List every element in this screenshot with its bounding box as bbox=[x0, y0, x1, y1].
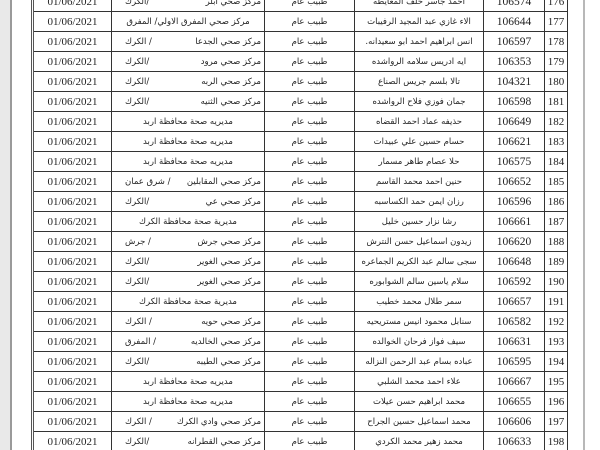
job-title-cell: طبيب عام bbox=[265, 212, 355, 232]
employee-id-cell: 106667 bbox=[484, 372, 545, 392]
health-center-cell: مركز صحي الجدعا/ الكرك bbox=[112, 32, 265, 52]
sequence-number-cell: 176 bbox=[545, 0, 568, 12]
region-label: /الكرك bbox=[115, 97, 149, 107]
health-center-cell: مركز صحي وادي الكرك/ الكرك bbox=[112, 412, 265, 432]
sequence-number-cell: 178 bbox=[545, 32, 568, 52]
table-row: 01/06/2021مديريه صحة محافظة اربدطبيب عام… bbox=[33, 392, 568, 412]
job-title-cell: طبيب عام bbox=[265, 232, 355, 252]
date-cell: 01/06/2021 bbox=[33, 212, 112, 232]
region-label: / جرش bbox=[115, 237, 151, 247]
table-row: 01/06/2021مديريه صحة محافظة اربدطبيب عام… bbox=[33, 152, 568, 172]
health-center-name: مركز صحي الطيبه bbox=[196, 357, 261, 367]
sequence-number-cell: 190 bbox=[545, 272, 568, 292]
health-center-cell: مركز صحي القطرانه/الكرك bbox=[112, 432, 265, 450]
employee-name-cell: محمد زهير محمد الكردي bbox=[355, 432, 484, 450]
table-row: 01/06/2021مركز صحي جرش/ جرشطبيب عامزيدون… bbox=[33, 232, 568, 252]
sequence-number-cell: 185 bbox=[545, 172, 568, 192]
sequence-number-cell: 193 bbox=[545, 332, 568, 352]
employee-id-cell: 106633 bbox=[484, 432, 545, 450]
table-row: 01/06/2021مديرية صحة محافظة الكركطبيب عا… bbox=[33, 292, 568, 312]
job-title-cell: طبيب عام bbox=[265, 12, 355, 32]
employee-name-cell: محمد ابراهيم حسن عيلات bbox=[355, 392, 484, 412]
sequence-number-cell: 192 bbox=[545, 312, 568, 332]
health-center-cell: مديريه صحة محافظة اربد bbox=[112, 152, 265, 172]
employee-id-cell: 106644 bbox=[484, 12, 545, 32]
employee-id-cell: 106598 bbox=[484, 92, 545, 112]
appointments-table-body: 01/06/2021مركز صحي ابلر/الكركطبيب عاماحم… bbox=[33, 0, 568, 450]
region-label: / الكرك bbox=[115, 317, 152, 327]
table-row: 01/06/2021مديريه صحة محافظة اربدطبيب عام… bbox=[33, 112, 568, 132]
appointments-table: 01/06/2021مركز صحي ابلر/الكركطبيب عاماحم… bbox=[31, 0, 568, 450]
health-center-name: مركز صحي الربه bbox=[201, 77, 261, 87]
health-center-name: مركز صحي ابلر bbox=[206, 0, 261, 7]
health-center-name: مديريه صحة محافظة اربد bbox=[143, 137, 233, 147]
date-cell: 01/06/2021 bbox=[33, 352, 112, 372]
health-center-name: مركز صحي المفرق الاولي/ المفرق bbox=[126, 17, 249, 27]
date-cell: 01/06/2021 bbox=[33, 252, 112, 272]
health-center-name: مديريه صحة محافظة اربد bbox=[143, 397, 233, 407]
appointments-table-wrap: 01/06/2021مركز صحي ابلر/الكركطبيب عاماحم… bbox=[31, 0, 566, 450]
date-cell: 01/06/2021 bbox=[33, 52, 112, 72]
health-center-name: مديرية صحة محافظة الكرك bbox=[139, 217, 237, 227]
employee-name-cell: احمد جاسر خلف المعايطه bbox=[355, 0, 484, 12]
health-center-cell: مديريه صحة محافظة اربد bbox=[112, 132, 265, 152]
health-center-cell: مركز صحي ابلر/الكرك bbox=[112, 0, 265, 12]
employee-name-cell: سجى سالم عبد الكريم الجماعره bbox=[355, 252, 484, 272]
employee-name-cell: سلام ياسين سالم الشوابوره bbox=[355, 272, 484, 292]
date-cell: 01/06/2021 bbox=[33, 312, 112, 332]
sequence-number-cell: 183 bbox=[545, 132, 568, 152]
health-center-name: مركز صحي القطرانه bbox=[188, 437, 261, 447]
job-title-cell: طبيب عام bbox=[265, 152, 355, 172]
sequence-number-cell: 197 bbox=[545, 412, 568, 432]
employee-id-cell: 106574 bbox=[484, 0, 545, 12]
health-center-cell: مركز صحي الخالديه/ المفرق bbox=[112, 332, 265, 352]
health-center-cell: مركز صحي المفرق الاولي/ المفرق bbox=[112, 12, 265, 32]
employee-id-cell: 106606 bbox=[484, 412, 545, 432]
employee-name-cell: عباده بسام عبد الرحمن النزاله bbox=[355, 352, 484, 372]
sequence-number-cell: 196 bbox=[545, 392, 568, 412]
table-row: 01/06/2021مركز صحي حويه/ الكركطبيب عامسن… bbox=[33, 312, 568, 332]
job-title-cell: طبيب عام bbox=[265, 32, 355, 52]
region-label: /الكرك bbox=[115, 257, 149, 267]
date-cell: 01/06/2021 bbox=[33, 332, 112, 352]
employee-name-cell: حسام حسين علي عبيدات bbox=[355, 132, 484, 152]
date-cell: 01/06/2021 bbox=[33, 172, 112, 192]
table-row: 01/06/2021مركز صحي الثنيه/الكركطبيب عامج… bbox=[33, 92, 568, 112]
health-center-name: مركز صحي الغوير bbox=[197, 277, 261, 287]
region-label: /الكرك bbox=[115, 0, 149, 7]
table-row: 01/06/2021مركز صحي عي/الكركطبيب عامرزان … bbox=[33, 192, 568, 212]
region-label: /الكرك bbox=[115, 197, 149, 207]
employee-id-cell: 106620 bbox=[484, 232, 545, 252]
employee-id-cell: 106575 bbox=[484, 152, 545, 172]
region-label: / المفرق bbox=[115, 337, 156, 347]
employee-name-cell: رشا نزار حسين خليل bbox=[355, 212, 484, 232]
date-cell: 01/06/2021 bbox=[33, 0, 112, 12]
sequence-number-cell: 182 bbox=[545, 112, 568, 132]
employee-name-cell: انس ابراهيم احمد ابو سعيدانه. bbox=[355, 32, 484, 52]
employee-name-cell: ايه ادريس سلامه الرواشده bbox=[355, 52, 484, 72]
health-center-name: مديرية صحة محافظة الكرك bbox=[139, 297, 237, 307]
employee-id-cell: 106661 bbox=[484, 212, 545, 232]
table-row: 01/06/2021مركز صحي الخالديه/ المفرقطبيب … bbox=[33, 332, 568, 352]
date-cell: 01/06/2021 bbox=[33, 112, 112, 132]
job-title-cell: طبيب عام bbox=[265, 72, 355, 92]
employee-name-cell: حلا عصام طاهر مسمار bbox=[355, 152, 484, 172]
health-center-cell: مركز صحي الغوير/الكرك bbox=[112, 272, 265, 292]
health-center-cell: مركز صحي المقابلين/ شرق عمان bbox=[112, 172, 265, 192]
health-center-name: مركز صحي مرود bbox=[201, 57, 261, 67]
region-label: /الكرك bbox=[115, 77, 149, 87]
employee-id-cell: 106621 bbox=[484, 132, 545, 152]
date-cell: 01/06/2021 bbox=[33, 412, 112, 432]
table-row: 01/06/2021مركز صحي الغوير/الكركطبيب عامس… bbox=[33, 252, 568, 272]
table-row: 01/06/2021مركز صحي الجدعا/ الكركطبيب عام… bbox=[33, 32, 568, 52]
employee-name-cell: علاء احمد محمد الشلبي bbox=[355, 372, 484, 392]
table-row: 01/06/2021مركز صحي الربه/الكركطبيب عامتا… bbox=[33, 72, 568, 92]
date-cell: 01/06/2021 bbox=[33, 272, 112, 292]
sequence-number-cell: 188 bbox=[545, 232, 568, 252]
date-cell: 01/06/2021 bbox=[33, 132, 112, 152]
health-center-cell: مديريه صحة محافظة اربد bbox=[112, 372, 265, 392]
employee-name-cell: الاء غازي عبد المجيد الرفيبات bbox=[355, 12, 484, 32]
employee-id-cell: 106592 bbox=[484, 272, 545, 292]
date-cell: 01/06/2021 bbox=[33, 12, 112, 32]
job-title-cell: طبيب عام bbox=[265, 52, 355, 72]
employee-name-cell: حنين احمد محمد القاسم bbox=[355, 172, 484, 192]
health-center-cell: مديريه صحة محافظة اربد bbox=[112, 392, 265, 412]
sequence-number-cell: 179 bbox=[545, 52, 568, 72]
job-title-cell: طبيب عام bbox=[265, 392, 355, 412]
sequence-number-cell: 181 bbox=[545, 92, 568, 112]
employee-id-cell: 106648 bbox=[484, 252, 545, 272]
sequence-number-cell: 180 bbox=[545, 72, 568, 92]
region-label: / الكرك bbox=[115, 37, 152, 47]
job-title-cell: طبيب عام bbox=[265, 372, 355, 392]
health-center-cell: مركز صحي مرود/الكرك bbox=[112, 52, 265, 72]
date-cell: 01/06/2021 bbox=[33, 392, 112, 412]
date-cell: 01/06/2021 bbox=[33, 32, 112, 52]
employee-id-cell: 106631 bbox=[484, 332, 545, 352]
health-center-cell: مركز صحي عي/الكرك bbox=[112, 192, 265, 212]
job-title-cell: طبيب عام bbox=[265, 192, 355, 212]
sequence-number-cell: 191 bbox=[545, 292, 568, 312]
health-center-name: مركز صحي عي bbox=[206, 197, 261, 207]
sequence-number-cell: 177 bbox=[545, 12, 568, 32]
job-title-cell: طبيب عام bbox=[265, 92, 355, 112]
sequence-number-cell: 189 bbox=[545, 252, 568, 272]
employee-name-cell: زيدون اسماعيل حسن النترش bbox=[355, 232, 484, 252]
job-title-cell: طبيب عام bbox=[265, 312, 355, 332]
table-row: 01/06/2021مديريه صحة محافظة اربدطبيب عام… bbox=[33, 372, 568, 392]
table-row: 01/06/2021مركز صحي المفرق الاولي/ المفرق… bbox=[33, 12, 568, 32]
employee-name-cell: سمر طلال محمد خطيب bbox=[355, 292, 484, 312]
employee-id-cell: 106649 bbox=[484, 112, 545, 132]
employee-id-cell: 106655 bbox=[484, 392, 545, 412]
health-center-name: مركز صحي الثنيه bbox=[201, 97, 261, 107]
region-label: /الكرك bbox=[115, 357, 149, 367]
date-cell: 01/06/2021 bbox=[33, 432, 112, 450]
health-center-cell: مديريه صحة محافظة اربد bbox=[112, 112, 265, 132]
job-title-cell: طبيب عام bbox=[265, 432, 355, 450]
health-center-name: مديريه صحة محافظة اربد bbox=[143, 377, 233, 387]
date-cell: 01/06/2021 bbox=[33, 92, 112, 112]
region-label: /الكرك bbox=[115, 57, 149, 67]
region-label: /الكرك bbox=[115, 277, 149, 287]
region-label: /الكرك bbox=[115, 437, 149, 447]
table-row: 01/06/2021مركز صحي مرود/الكركطبيب عامايه… bbox=[33, 52, 568, 72]
region-label: / الكرك bbox=[115, 417, 152, 427]
health-center-cell: مركز صحي جرش/ جرش bbox=[112, 232, 265, 252]
health-center-cell: مركز صحي الطيبه/الكرك bbox=[112, 352, 265, 372]
sequence-number-cell: 194 bbox=[545, 352, 568, 372]
health-center-name: مركز صحي المقابلين bbox=[187, 177, 261, 187]
health-center-cell: مركز صحي الغوير/الكرك bbox=[112, 252, 265, 272]
date-cell: 01/06/2021 bbox=[33, 372, 112, 392]
table-row: 01/06/2021مديريه صحة محافظة اربدطبيب عام… bbox=[33, 132, 568, 152]
table-row: 01/06/2021مركز صحي ابلر/الكركطبيب عاماحم… bbox=[33, 0, 568, 12]
job-title-cell: طبيب عام bbox=[265, 332, 355, 352]
employee-id-cell: 104321 bbox=[484, 72, 545, 92]
health-center-name: مديريه صحة محافظة اربد bbox=[143, 117, 233, 127]
job-title-cell: طبيب عام bbox=[265, 292, 355, 312]
health-center-name: مركز صحي جرش bbox=[198, 237, 262, 247]
job-title-cell: طبيب عام bbox=[265, 252, 355, 272]
scan-right-margin-line bbox=[583, 0, 585, 450]
health-center-cell: مديرية صحة محافظة الكرك bbox=[112, 292, 265, 312]
health-center-name: مديريه صحة محافظة اربد bbox=[143, 157, 233, 167]
job-title-cell: طبيب عام bbox=[265, 172, 355, 192]
employee-id-cell: 106353 bbox=[484, 52, 545, 72]
sequence-number-cell: 198 bbox=[545, 432, 568, 450]
sequence-number-cell: 195 bbox=[545, 372, 568, 392]
employee-name-cell: رزان ايمن حمد الكساسبه bbox=[355, 192, 484, 212]
table-row: 01/06/2021مديرية صحة محافظة الكركطبيب عا… bbox=[33, 212, 568, 232]
table-row: 01/06/2021مركز صحي القطرانه/الكركطبيب عا… bbox=[33, 432, 568, 450]
employee-name-cell: حذيفه عماد احمد القضاه bbox=[355, 112, 484, 132]
date-cell: 01/06/2021 bbox=[33, 72, 112, 92]
health-center-name: مركز صحي حويه bbox=[201, 317, 261, 327]
employee-name-cell: تالا بلسم جريس الصناع bbox=[355, 72, 484, 92]
table-row: 01/06/2021مركز صحي الغوير/الكركطبيب عامس… bbox=[33, 272, 568, 292]
job-title-cell: طبيب عام bbox=[265, 0, 355, 12]
employee-name-cell: محمد اسماعيل حسين الجراح bbox=[355, 412, 484, 432]
sequence-number-cell: 186 bbox=[545, 192, 568, 212]
sequence-number-cell: 187 bbox=[545, 212, 568, 232]
scan-left-edge bbox=[0, 0, 12, 450]
health-center-cell: مديرية صحة محافظة الكرك bbox=[112, 212, 265, 232]
date-cell: 01/06/2021 bbox=[33, 192, 112, 212]
health-center-name: مركز صحي الجدعا bbox=[195, 37, 261, 47]
table-row: 01/06/2021مركز صحي وادي الكرك/ الكركطبيب… bbox=[33, 412, 568, 432]
date-cell: 01/06/2021 bbox=[33, 292, 112, 312]
table-row: 01/06/2021مركز صحي المقابلين/ شرق عمانطب… bbox=[33, 172, 568, 192]
date-cell: 01/06/2021 bbox=[33, 232, 112, 252]
date-cell: 01/06/2021 bbox=[33, 152, 112, 172]
region-label: / شرق عمان bbox=[115, 177, 171, 187]
health-center-name: مركز صحي الغوير bbox=[197, 257, 261, 267]
job-title-cell: طبيب عام bbox=[265, 412, 355, 432]
employee-id-cell: 106652 bbox=[484, 172, 545, 192]
employee-name-cell: سنابل محمود انيس مستريحيه bbox=[355, 312, 484, 332]
health-center-cell: مركز صحي الثنيه/الكرك bbox=[112, 92, 265, 112]
job-title-cell: طبيب عام bbox=[265, 112, 355, 132]
employee-id-cell: 106597 bbox=[484, 32, 545, 52]
employee-name-cell: جمان فوزي فلاح الرواشده bbox=[355, 92, 484, 112]
health-center-name: مركز صحي الخالديه bbox=[191, 337, 261, 347]
sequence-number-cell: 184 bbox=[545, 152, 568, 172]
job-title-cell: طبيب عام bbox=[265, 272, 355, 292]
employee-id-cell: 106596 bbox=[484, 192, 545, 212]
employee-id-cell: 106582 bbox=[484, 312, 545, 332]
health-center-cell: مركز صحي الربه/الكرك bbox=[112, 72, 265, 92]
employee-id-cell: 106657 bbox=[484, 292, 545, 312]
health-center-name: مركز صحي وادي الكرك bbox=[177, 417, 261, 427]
employee-name-cell: سيف فواز فرحان الخوالده bbox=[355, 332, 484, 352]
job-title-cell: طبيب عام bbox=[265, 352, 355, 372]
employee-id-cell: 106595 bbox=[484, 352, 545, 372]
health-center-cell: مركز صحي حويه/ الكرك bbox=[112, 312, 265, 332]
table-row: 01/06/2021مركز صحي الطيبه/الكركطبيب عامع… bbox=[33, 352, 568, 372]
job-title-cell: طبيب عام bbox=[265, 132, 355, 152]
